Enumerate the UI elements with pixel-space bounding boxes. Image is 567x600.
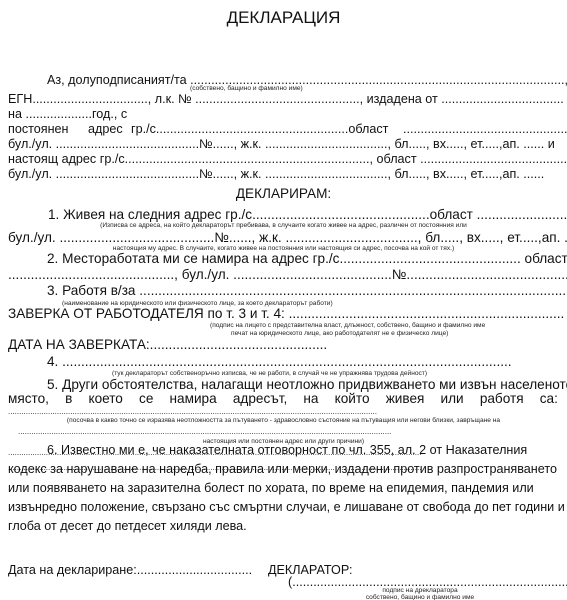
item6-line-4: извънредно положение, свързано със смърт…	[8, 500, 565, 515]
item1-address-line[interactable]: 1. Живея на следния адрес гр./с.........…	[48, 207, 567, 222]
declare-heading: ДЕКЛАРИРАМ:	[0, 186, 567, 201]
current-street-line[interactable]: бул./ул. ...............................…	[8, 167, 544, 182]
declaration-date-field[interactable]: Дата на деклариране:....................…	[8, 563, 252, 578]
item2-street-line[interactable]: ........................................…	[8, 267, 567, 282]
cert-date-line[interactable]: ДАТА НА ЗАВЕРКАТА:......................…	[8, 337, 327, 352]
item1-street-line[interactable]: бул./ул. ...............................…	[8, 230, 567, 245]
item1-hint-1: (Изписва се адреса, на който декларатoръ…	[0, 222, 567, 230]
employer-cert-hint-1: (подпис на лицето с представителна власт…	[210, 322, 485, 330]
declarant-name-field[interactable]: Аз, долуподписаният/та .................…	[47, 73, 567, 88]
permanent-address-word: адрес	[88, 122, 123, 137]
signature-hint-2: собствено, бащино и фамилно име	[300, 594, 540, 600]
item6-line-5: глоба от десет до петдесет хиляди лева.	[8, 519, 247, 534]
permanent-street-line[interactable]: бул./ул. ...............................…	[8, 137, 555, 152]
item5-word: адресът,	[233, 391, 287, 406]
declaration-date-label: Дата на деклариране:....................…	[8, 563, 252, 577]
item5-line-2: място,вкоетосенамираадресът,накойтоживея…	[8, 391, 558, 406]
egn-id-line[interactable]: ЕГН................................., л.…	[8, 92, 564, 107]
item5-word: намира	[170, 391, 217, 406]
item6-line-3: или появяването на заразителна болест по…	[8, 481, 534, 496]
item5-line-1: 5. Други обстоятелства, налагащи неотлож…	[47, 377, 555, 392]
item5-word: работя	[480, 391, 524, 406]
permanent-address-label: постоянен	[8, 122, 68, 137]
item5-word: са:	[540, 391, 558, 406]
permanent-region-field[interactable]: ........................................…	[403, 122, 567, 137]
item5-hint-1: (посочва в какво точно се изразява неотл…	[0, 417, 567, 425]
item2-work-address-line[interactable]: 2. Месторабoтата ми се намира на адрес г…	[47, 251, 567, 266]
item6-line-1: 6. Известно ми е, че наказателната отгов…	[47, 443, 553, 458]
item5-word: което	[88, 391, 122, 406]
item6-line-2: кодекс за нарушаване на наредба, правила…	[8, 462, 557, 477]
item5-word: който	[335, 391, 370, 406]
item5-word: или	[441, 391, 464, 406]
employer-cert-line[interactable]: ЗАВЕРКА ОТ РАБОТОДАТЕЛЯ по т. 3 и т. 4: …	[8, 306, 564, 321]
permanent-city-field[interactable]: гр./с...................................…	[131, 122, 388, 137]
item3-employer-line[interactable]: 3. Работя в/за .........................…	[47, 283, 567, 298]
item5-word: в	[65, 391, 72, 406]
item5-word: място,	[8, 391, 49, 406]
item5-word: се	[139, 391, 153, 406]
item5-dots-2[interactable]: ........................................…	[18, 428, 391, 436]
item5-word: живея	[386, 391, 425, 406]
item5-word: на	[303, 391, 318, 406]
issued-on-line[interactable]: на ...................год., с	[8, 107, 127, 122]
item5-dots-1[interactable]: ........................................…	[8, 408, 377, 416]
document-title: ДЕКЛАРАЦИЯ	[0, 8, 567, 28]
item4-line[interactable]: 4. .....................................…	[47, 354, 512, 369]
current-address-line[interactable]: настоящ адрес гр./с.....................…	[8, 152, 567, 167]
